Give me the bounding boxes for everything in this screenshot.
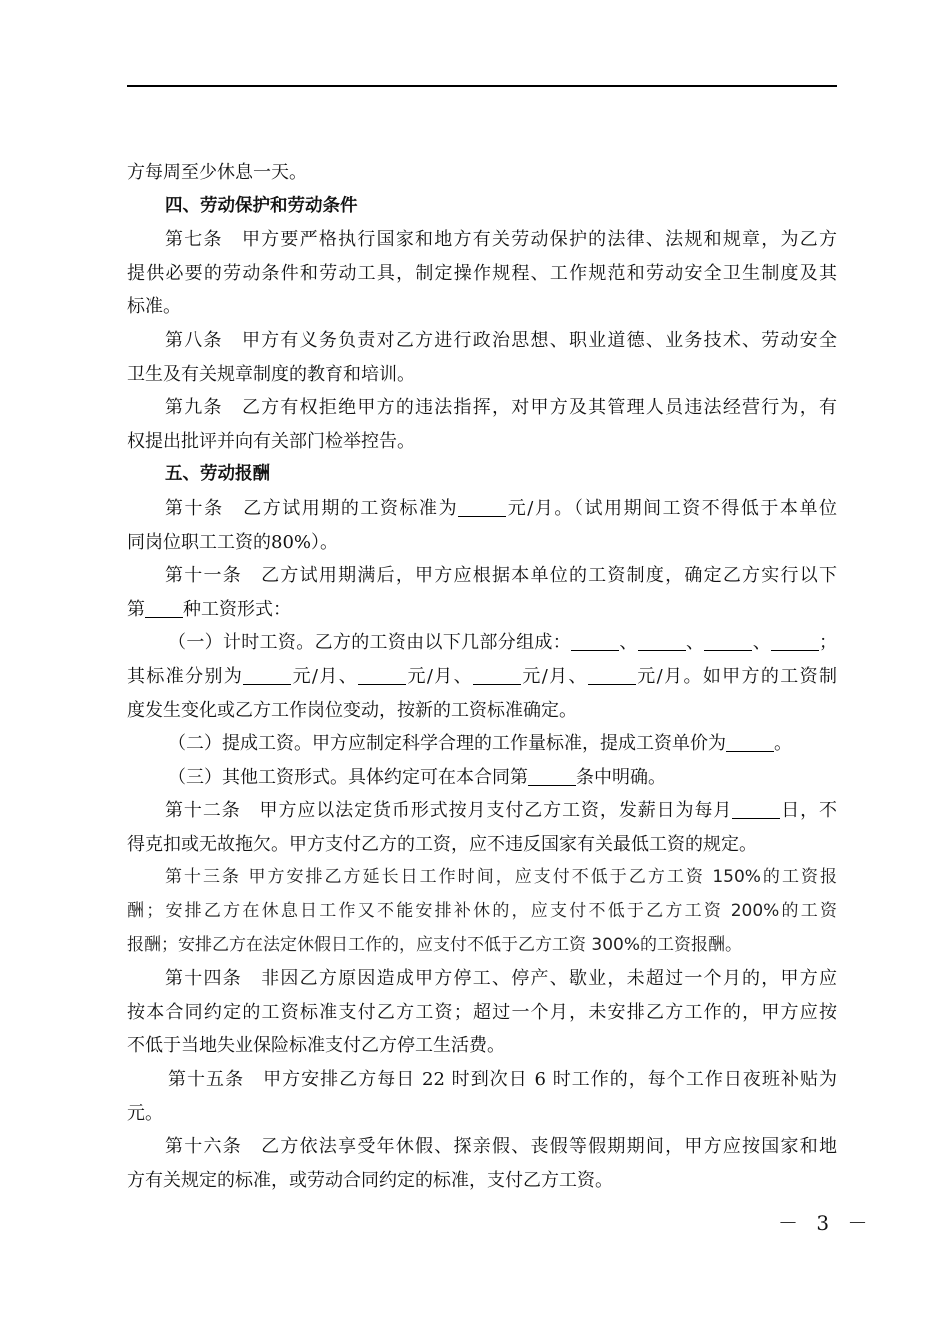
text: 。如甲方的工资制	[683, 666, 837, 687]
article-11-item-1-line-2: 其标准分别为元/月、元/月、元/月、元/月。如甲方的工资制	[127, 660, 837, 694]
separator: 、	[686, 632, 705, 653]
paragraph-line: 方每周至少休息一天。	[127, 156, 837, 190]
article-9-line-2: 权提出批评并向有关部门检举控告。	[127, 425, 837, 459]
article-7-line-2: 提供必要的劳动条件和劳动工具，制定操作规程、工作规范和劳动安全卫生制度及其	[127, 257, 837, 291]
article-13-line-2: 酬；安排乙方在休息日工作又不能安排补休的，应支付不低于乙方工资 200%的工资	[127, 895, 837, 929]
article-8-line-1: 第八条 甲方有义务负责对乙方进行政治思想、职业道德、业务技术、劳动安全	[127, 324, 837, 358]
text: （三）其他工资形式。具体约定可在本合同第	[168, 767, 528, 788]
text: 第十条 乙方试用期的工资标准为	[165, 498, 458, 519]
article-14-line-3: 不低于当地失业保险标准支付乙方停工生活费。	[127, 1029, 837, 1063]
article-16-line-1: 第十六条 乙方依法享受年休假、探亲假、丧假等假期期间，甲方应按国家和地	[127, 1130, 837, 1164]
article-12-line-1: 第十二条 甲方应以法定货币形式按月支付乙方工资，发薪日为每月日，不	[127, 794, 837, 828]
text: 日，不	[780, 800, 837, 821]
wage-component-blank-3[interactable]	[704, 632, 752, 651]
article-14-line-1: 第十四条 非因乙方原因造成甲方停工、停产、歇业，未超过一个月的，甲方应	[127, 962, 837, 996]
separator: 、	[454, 666, 473, 687]
article-15-line-1: 第十五条 甲方安排乙方每日 22 时到次日 6 时工作的，每个工作日夜班补贴为	[127, 1063, 837, 1097]
wage-standard-blank-3[interactable]	[473, 666, 521, 685]
probation-wage-blank[interactable]	[458, 498, 506, 517]
header-rule	[127, 85, 837, 87]
article-11-line-2: 第种工资形式：	[127, 593, 837, 627]
article-11-item-1-line-3: 度发生变化或乙方工作岗位变动，按新的工资标准确定。	[127, 694, 837, 728]
commission-unit-price-blank[interactable]	[726, 733, 774, 752]
text: 种工资形式：	[183, 599, 291, 620]
separator: 、	[339, 666, 358, 687]
separator: ；	[819, 632, 837, 653]
wage-form-number-blank[interactable]	[145, 599, 183, 618]
wage-standard-blank-1[interactable]	[243, 666, 291, 685]
article-7-line-3: 标准。	[127, 290, 837, 324]
text: 元/月。（试用期间工资不得低于本单位	[506, 498, 837, 519]
text: 条中明确。	[576, 767, 666, 788]
article-13-line-3: 报酬；安排乙方在法定休假日工作的，应支付不低于乙方工资 300%的工资报酬。	[127, 929, 837, 963]
article-10-line-1: 第十条 乙方试用期的工资标准为元/月。（试用期间工资不得低于本单位	[127, 492, 837, 526]
article-11-item-1-line-1: （一）计时工资。乙方的工资由以下几部分组成：、、、；	[127, 626, 837, 660]
article-11-item-3: （三）其他工资形式。具体约定可在本合同第条中明确。	[127, 761, 837, 795]
payday-blank[interactable]	[732, 800, 780, 819]
text: 第	[127, 599, 145, 620]
text: （一）计时工资。乙方的工资由以下几部分组成：	[168, 632, 571, 653]
separator: 、	[619, 632, 638, 653]
text: 其标准分别为	[127, 666, 243, 687]
section-heading-labor-protection: 四、劳动保护和劳动条件	[127, 190, 837, 224]
article-12-line-2: 得克扣或无故拖欠。甲方支付乙方的工资，应不违反国家有关最低工资的规定。	[127, 828, 837, 862]
article-7-line-1: 第七条 甲方要严格执行国家和地方有关劳动保护的法律、法规和规章，为乙方	[127, 223, 837, 257]
article-13-line-1: 第十三条 甲方安排乙方延长日工作时间，应支付不低于乙方工资 150%的工资报	[127, 861, 837, 895]
wage-standard-blank-2[interactable]	[358, 666, 406, 685]
separator: 、	[569, 666, 588, 687]
article-11-line-1: 第十一条 乙方试用期满后，甲方应根据本单位的工资制度，确定乙方实行以下	[127, 559, 837, 593]
unit-label: 元/月	[521, 666, 569, 687]
unit-label: 元/月	[636, 666, 684, 687]
article-16-line-2: 方有关规定的标准，或劳动合同约定的标准，支付乙方工资。	[127, 1164, 837, 1198]
separator: 、	[752, 632, 771, 653]
document-page: 方每周至少休息一天。 四、劳动保护和劳动条件 第七条 甲方要严格执行国家和地方有…	[0, 0, 950, 1344]
article-reference-blank[interactable]	[528, 767, 576, 786]
unit-label: 元/月	[291, 666, 339, 687]
article-14-line-2: 按本合同约定的工资标准支付乙方工资；超过一个月，未安排乙方工作的，甲方应按	[127, 996, 837, 1030]
text: （二）提成工资。甲方应制定科学合理的工作量标准，提成工资单价为	[168, 733, 726, 754]
document-body: 方每周至少休息一天。 四、劳动保护和劳动条件 第七条 甲方要严格执行国家和地方有…	[127, 156, 837, 1197]
unit-label: 元/月	[406, 666, 454, 687]
text: 。	[774, 733, 792, 754]
article-15-line-2: 元。	[127, 1097, 837, 1131]
text: 第十二条 甲方应以法定货币形式按月支付乙方工资，发薪日为每月	[165, 800, 732, 821]
wage-component-blank-2[interactable]	[638, 632, 686, 651]
page-number: － 3 －	[778, 1207, 873, 1236]
article-9-line-1: 第九条 乙方有权拒绝甲方的违法指挥，对甲方及其管理人员违法经营行为，有	[127, 391, 837, 425]
article-10-line-2: 同岗位职工工资的80%）。	[127, 526, 837, 560]
article-8-line-2: 卫生及有关规章制度的教育和培训。	[127, 358, 837, 392]
wage-component-blank-4[interactable]	[771, 632, 819, 651]
wage-standard-blank-4[interactable]	[588, 666, 636, 685]
article-11-item-2: （二）提成工资。甲方应制定科学合理的工作量标准，提成工资单价为。	[127, 727, 837, 761]
section-heading-remuneration: 五、劳动报酬	[127, 458, 837, 492]
wage-component-blank-1[interactable]	[571, 632, 619, 651]
